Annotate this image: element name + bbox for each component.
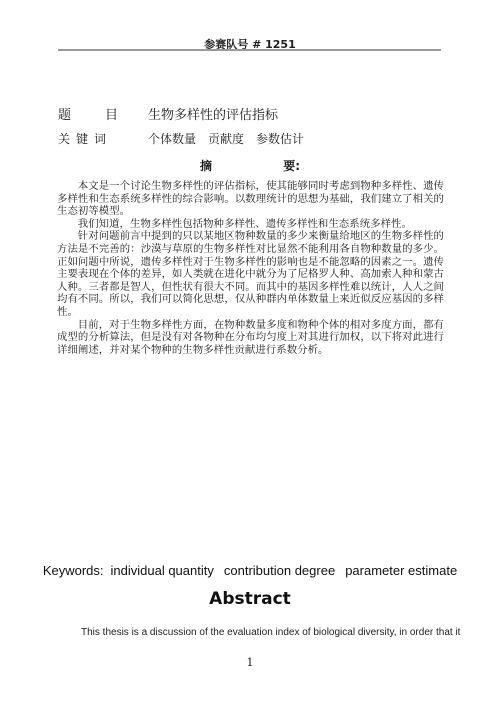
- keywords-list: 个体数量 贡献度 参数估计: [148, 130, 304, 147]
- title-label: 题 目: [58, 104, 118, 123]
- paper-title: 生物多样性的评估指标: [148, 104, 278, 123]
- keywords-en-label: Keywords:: [43, 563, 104, 578]
- keywords-label: 关 键 词: [58, 130, 106, 147]
- keyword-en: parameter estimate: [345, 563, 457, 578]
- abstract-cn-body: 本文是一个讨论生物多样性的评估指标，使其能够同时考虑到物种多样性、遗传多样性和生…: [57, 180, 444, 356]
- abstract-paragraph: 本文是一个讨论生物多样性的评估指标，使其能够同时考虑到物种多样性、遗传多样性和生…: [57, 180, 444, 218]
- page-number: 1: [0, 656, 500, 669]
- abstract-heading-char: 要:: [283, 157, 300, 174]
- abstract-en-heading: Abstract: [0, 589, 500, 609]
- abstract-heading-char: 摘: [200, 157, 212, 174]
- keywords-en: Keywords:individual quantitycontribution…: [0, 563, 500, 578]
- keywords-label-char: 键: [76, 130, 88, 147]
- abstract-en-body: This thesis is a discussion of the evalu…: [57, 626, 444, 639]
- keyword: 参数估计: [256, 130, 304, 147]
- keyword: 贡献度: [208, 130, 244, 147]
- header-divider: [58, 49, 441, 51]
- keywords-row: 关 键 词 个体数量 贡献度 参数估计: [58, 130, 304, 147]
- keywords-label-char: 关: [58, 130, 70, 147]
- abstract-paragraph: 我们知道，生物多样性包括物种多样性、遗传多样性和生态系统多样性。: [57, 218, 444, 231]
- title-row: 题 目 生物多样性的评估指标: [58, 104, 278, 123]
- abstract-cn-heading: 摘 要:: [200, 157, 300, 174]
- title-label-char: 目: [105, 104, 118, 123]
- keyword-en: individual quantity: [111, 563, 214, 578]
- abstract-paragraph: 目前，对于生物多样性方面，在物种数量多度和物种个体的相对多度方面，都有成型的分析…: [57, 319, 444, 357]
- abstract-paragraph: 针对问题前言中提到的只以某地区物种数量的多少来衡量给地区的生物多样性的方法是不完…: [57, 230, 444, 318]
- keyword-en: contribution degree: [224, 563, 335, 578]
- title-label-char: 题: [58, 104, 71, 123]
- keyword: 个体数量: [148, 130, 196, 147]
- keywords-label-char: 词: [94, 130, 106, 147]
